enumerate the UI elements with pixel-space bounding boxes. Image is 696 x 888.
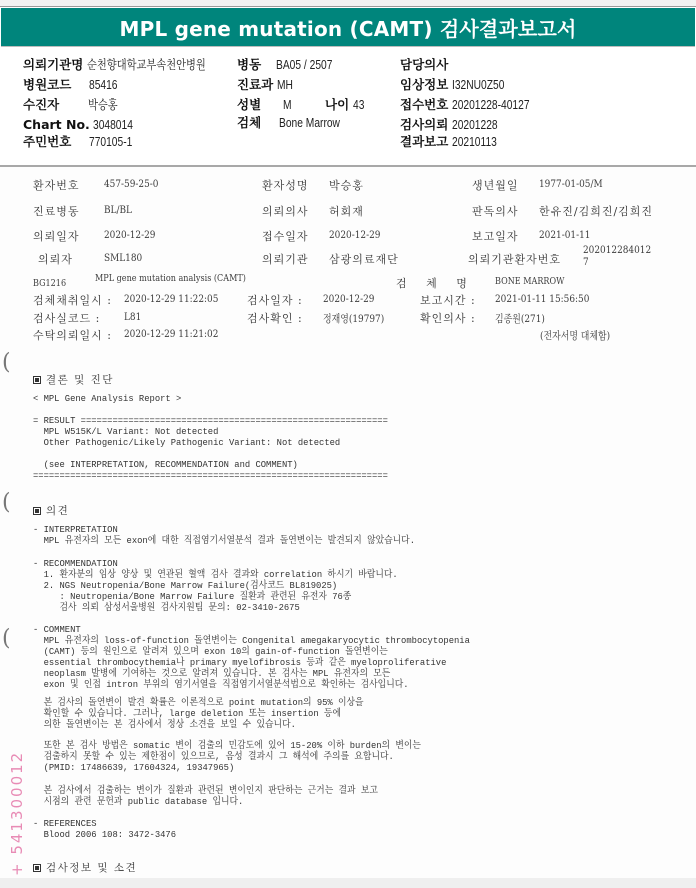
- specimen-value: BONE MARROW: [495, 276, 564, 287]
- square-bullet-icon: [33, 376, 41, 384]
- patient-label: 의뢰일자: [33, 228, 80, 244]
- patient-value: 2020-12-29: [329, 229, 380, 241]
- comment-sensitivity: 본 검사의 돌연변이 발견 확률은 이론적으로 point mutation의 …: [33, 697, 364, 730]
- recommendation-block: - RECOMMENDATION 1. 환자분의 임상 양상 및 연관된 혈액 …: [33, 558, 398, 613]
- patient-value: 1977-01-05/M: [539, 178, 603, 190]
- header-field-request-date: 검사의뢰 20201228: [400, 117, 508, 133]
- patient-value: 박승홍: [329, 177, 364, 193]
- interpretation-block: - INTERPRETATION MPL 유전자의 모든 exon에 대한 직접…: [33, 524, 415, 546]
- header-field-clinical-info: 임상정보 I32NU0Z50: [400, 77, 516, 93]
- patient-value: 202012284012: [583, 244, 651, 256]
- report-time-label: 보고시간 :: [420, 292, 476, 308]
- header-field-specimen: 검체 Bone Marrow: [237, 115, 354, 131]
- patient-value: 2021-01-11: [539, 229, 590, 241]
- header-field-institution: 의뢰기관명 순천향대학교부속천안병원: [23, 57, 232, 73]
- patient-value: 2020-12-29: [104, 229, 155, 241]
- header-field-attending: 담당의사: [400, 57, 452, 73]
- bottom-band: [0, 878, 696, 888]
- request-time-label: 수탁의뢰일시 :: [33, 327, 112, 343]
- patient-value: 457-59-25-0: [104, 178, 158, 190]
- doctor-value: 김종원(271): [495, 311, 545, 326]
- patient-label: 의뢰기관환자번호: [468, 251, 561, 267]
- comment-basis: 본 검사에서 검출하는 변이가 질환과 관련된 변이인지 판단하는 근거는 결과…: [33, 785, 378, 807]
- patient-label: 판독의사: [472, 203, 519, 219]
- header-field-sex: 성별 M: [237, 97, 293, 113]
- patient-value: 삼광의료재단: [329, 251, 399, 267]
- conclusion-heading: 결론 및 진단: [33, 372, 114, 387]
- request-time-value: 2020-12-29 11:21:02: [124, 328, 218, 340]
- comment-limitations: 또한 본 검사 방법은 somatic 변이 검출의 민감도에 있어 15-20…: [33, 740, 421, 773]
- result-block: = RESULT ===============================…: [33, 415, 388, 481]
- test-date-value: 2020-12-29: [323, 293, 374, 305]
- test-info-heading: 검사정보 및 소견: [33, 860, 137, 875]
- confirm-value: 정재영(19797): [323, 311, 384, 326]
- report-title-bar: MPL gene mutation (CAMT) 검사결과보고서: [1, 8, 695, 47]
- square-bullet-icon: [33, 507, 41, 515]
- punch-mark: (: [2, 626, 11, 651]
- references-block: - REFERENCES Blood 2006 108: 3472-3476: [33, 818, 176, 840]
- lab-code-label: 검사실코드 :: [33, 310, 100, 326]
- header-field-hospital-code: 병원코드 85416: [23, 77, 124, 93]
- comment-block: - COMMENT MPL 유전자의 loss-of-function 돌연변이…: [33, 624, 470, 690]
- punch-mark: (: [2, 490, 11, 515]
- test-date-label: 검사일자 :: [247, 292, 303, 308]
- doctor-label: 확인의사 :: [420, 310, 476, 326]
- patient-value: 허회재: [329, 203, 364, 219]
- patient-label: 의뢰의사: [262, 203, 309, 219]
- top-rule: [0, 0, 696, 7]
- square-bullet-icon: [33, 864, 41, 872]
- collect-label: 검체채취일시 :: [33, 292, 112, 308]
- header-field-age: 나이 43: [325, 97, 367, 113]
- patient-value: SML180: [104, 252, 142, 264]
- report-time-value: 2021-01-11 15:56:50: [495, 293, 589, 305]
- patient-label: 의뢰기관: [262, 251, 309, 267]
- test-code: BG1216: [33, 278, 66, 289]
- opinion-heading: 의견: [33, 503, 69, 518]
- patient-label: 환자번호: [33, 177, 80, 193]
- patient-label: 접수일자: [262, 228, 309, 244]
- test-name: MPL gene mutation analysis (CAMT): [95, 273, 246, 284]
- lab-code-value: L81: [124, 311, 141, 323]
- patient-label: 의뢰자: [38, 251, 73, 267]
- collect-value: 2020-12-29 11:22:05: [124, 293, 218, 305]
- header-field-accession: 접수번호 20201228-40127: [400, 97, 546, 113]
- patient-value-cont: 7: [583, 256, 589, 268]
- side-stamp-number: + 541300012: [8, 751, 26, 876]
- header-field-department: 진료과 MH: [237, 77, 296, 93]
- patient-value: BL/BL: [104, 204, 132, 216]
- esign-note: (전자서명 대체함): [540, 328, 610, 343]
- specimen-label: 검 체 명: [396, 275, 475, 291]
- report-subtitle: < MPL Gene Analysis Report >: [33, 393, 181, 404]
- header-field-report-date: 결과보고 20210113: [400, 134, 507, 150]
- punch-mark: (: [2, 350, 11, 375]
- header-field-chart-no: Chart No. 3048014: [23, 117, 142, 133]
- patient-label: 진료병동: [33, 203, 80, 219]
- header-field-resident-no: 주민번호 770105-1: [23, 134, 142, 150]
- patient-value: 한유진/김희진/김희진: [539, 203, 653, 219]
- confirm-label: 검사확인 :: [247, 310, 303, 326]
- patient-label: 생년월일: [472, 177, 519, 193]
- header-field-ward: 병동 BA05 / 2507: [237, 57, 344, 73]
- patient-label: 보고일자: [472, 228, 519, 244]
- header-field-patient: 수진자 박승홍: [23, 97, 124, 113]
- patient-label: 환자성명: [262, 177, 309, 193]
- report-title: MPL gene mutation (CAMT) 검사결과보고서: [120, 13, 577, 42]
